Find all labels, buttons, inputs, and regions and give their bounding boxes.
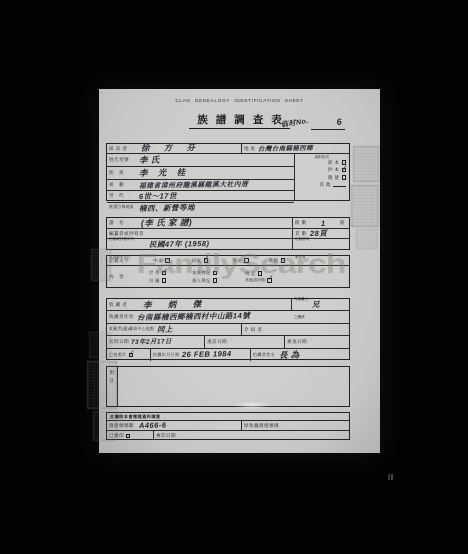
content-option-label: 傳 記 xyxy=(245,271,256,276)
contact-label: 收藏者(處)聯絡中心地點 xyxy=(109,327,154,332)
distribution-value: 楠西、新營等地 xyxy=(139,202,195,214)
content-option: 個人傳記 xyxy=(192,278,217,283)
recheck-date-label: 複查日期 xyxy=(287,339,307,344)
content-option: 家族傳記 xyxy=(192,270,217,275)
table-row: 祖 籍 福建省漳州府龍溪縣龍溪大社內厝 xyxy=(107,180,294,191)
script-option-label: 日文 xyxy=(192,258,202,263)
seal-stamp xyxy=(89,332,111,358)
checkmark: ✓ xyxy=(204,253,210,262)
script-option-label: 其他 xyxy=(269,258,279,263)
original-film-cell: 原收藏微捲號碼 xyxy=(241,421,349,430)
watermark-logo xyxy=(91,249,111,281)
content-option: 吊 圖 xyxy=(149,278,166,283)
script-option: 英文 xyxy=(232,258,249,263)
volumes-unit: 冊 xyxy=(340,220,345,225)
form-title: 族譜調查表 xyxy=(189,112,290,129)
generations-value: 6世～17世 xyxy=(139,190,177,202)
film-number-cell: 微捲號碼數 A466-6 xyxy=(107,421,241,430)
visit-date-cell: 訪問日期 73年2月17日 xyxy=(107,336,204,347)
table-row: 姓氏堂號 李 氏 xyxy=(107,154,294,167)
table-row: 已拍照片 ✓ 拍攝年月日期 26 FEB 1984 拍攝者姓名 長 為 xyxy=(107,349,349,361)
checkmark: ✓ xyxy=(162,266,168,275)
format-header: 資料形式 xyxy=(298,155,346,159)
notes-box: 附 註 xyxy=(106,366,350,407)
office-use-box: 此欄限本會微捲資料填寫 微捲號碼數 A466-6 原收藏微捲號碼 已複印 複印日… xyxy=(106,412,350,440)
script-row: 記載文字 中文 日文 ✓ 英文 其他 xyxy=(107,256,349,266)
content-option-label: 世 系 xyxy=(149,270,160,275)
photo-taken-cell: 已拍照片 ✓ xyxy=(107,349,150,361)
relation-cell: 與編纂人 之關係 兄 xyxy=(291,299,349,310)
checkbox xyxy=(213,271,218,276)
content-option-label: 個人傳記 xyxy=(192,278,210,283)
seal-stamp xyxy=(87,361,117,409)
table-row: 收藏者住址 台南縣楠西鄉楠西村中山路14號 xyxy=(107,311,349,323)
contact-value: 同上 xyxy=(157,324,173,335)
visit-date-value: 73年2月17日 xyxy=(131,337,172,347)
year-cell: 出版或抄寫年代 及再版年月日 民國47年 (1958) xyxy=(107,239,292,250)
seal-stamp xyxy=(351,185,379,227)
photo-date-cell: 拍攝年月日期 26 FEB 1984 xyxy=(150,349,250,361)
content-group: 傳 記 其他(請註明) ✓ xyxy=(245,271,272,283)
notes-body xyxy=(117,363,349,406)
checkbox xyxy=(342,175,347,180)
content-option-label: 吊 圖 xyxy=(149,278,160,283)
first-ancestor-label: 始 祖 xyxy=(107,170,139,175)
interviewer-value: 徐 方 芬 xyxy=(141,141,201,154)
contact-cell: 收藏者(處)聯絡中心地點 同上 xyxy=(107,324,241,335)
format-option: 抄 本 ✓ xyxy=(298,167,346,172)
interviewer-cell: 採 訪 者 徐 方 芬 xyxy=(107,144,241,153)
content-option-label: 其他(請註明) xyxy=(245,278,265,282)
script-option: 其他 xyxy=(269,258,286,263)
seal-stamp xyxy=(356,229,378,249)
holder-address-value: 台南縣楠西鄉楠西村中山路14號 xyxy=(137,310,251,323)
interviewer-label: 採 訪 者 xyxy=(109,146,141,151)
introducer-cell: 介 紹 者 xyxy=(241,324,349,335)
year-value: 民國47年 (1958) xyxy=(149,238,210,250)
content-group: 家族傳記 個人傳記 xyxy=(192,270,217,283)
visit-date-label: 訪問日期 xyxy=(109,339,129,344)
checkbox xyxy=(281,258,286,263)
table-row: 始 祖 李 光 桂 xyxy=(107,167,294,180)
content-label: 內 容 xyxy=(107,274,145,279)
holder-cell: 收 藏 者 李 炳 傑 xyxy=(107,299,291,310)
format-option: 其 他 xyxy=(298,182,346,187)
contents-table: 記載文字 中文 日文 ✓ 英文 其他 內 容 世 系 xyxy=(106,255,350,288)
seal-stamp xyxy=(93,411,117,441)
table-row: 世 代 6世～17世 xyxy=(107,191,294,203)
checkmark: ✓ xyxy=(267,273,273,282)
photographer-label: 拍攝者姓名 xyxy=(253,352,275,357)
checkbox: ✓ xyxy=(204,258,209,263)
english-header: CLAN GENEALOGY IDENTIFICATION SHEET xyxy=(99,98,380,103)
ancestral-home-label: 祖 籍 xyxy=(107,182,139,187)
checkbox: ✓ xyxy=(342,168,347,173)
checkbox xyxy=(126,434,131,439)
relation-label-line1: 與編纂人 xyxy=(294,297,308,301)
ancestral-home-value: 福建省漳州府龍溪縣龍溪大社內厝 xyxy=(139,178,249,190)
format-column: 資料形式 原 本 抄 本 ✓ 微 捲 其 他 xyxy=(294,154,349,202)
checkbox xyxy=(165,258,170,263)
checkbox xyxy=(258,271,263,276)
holder-value: 李 炳 傑 xyxy=(143,298,208,311)
holder-address-label: 收藏者住址 xyxy=(107,314,134,319)
other-blank-line xyxy=(333,183,346,187)
table-row: 出版或抄寫年代 及再版年月日 民國47年 (1958) 出版者或 承印者 xyxy=(107,239,349,250)
publisher-label-line1: 出版者或 xyxy=(295,237,309,241)
content-option: 世 系 ✓ xyxy=(149,270,166,275)
publisher-cell: 出版者或 承印者 xyxy=(292,239,349,250)
table-row: 收藏者(處)聯絡中心地點 同上 介 紹 者 xyxy=(107,324,349,336)
content-option: 其他(請註明) ✓ xyxy=(245,278,272,283)
generations-label: 世 代 xyxy=(107,193,139,198)
checkbox xyxy=(162,278,167,283)
bibliographic-table: 譜 名 (李 氏 家 譜) 冊 數 1 冊 編纂者或抄寫者 頁 數 28頁 出版 xyxy=(106,217,350,250)
photo-date-label: 拍攝年月日期 xyxy=(153,352,179,357)
year-label-line1: 出版或抄寫年代 xyxy=(109,237,134,241)
format-option: 原 本 xyxy=(298,160,346,165)
scan-artifact xyxy=(388,474,395,480)
temp-number-line: 6 xyxy=(311,120,345,130)
temp-number: 临时No. 6 xyxy=(282,120,345,130)
surname-label: 姓氏堂號 xyxy=(107,157,139,162)
script-option-label: 英文 xyxy=(232,258,242,263)
address-value: 台灣台南縣楠西鄉 xyxy=(258,143,313,153)
format-option-label: 微 捲 xyxy=(328,175,340,180)
photographer-value: 長 為 xyxy=(279,348,300,360)
table-row: 採 訪 者 徐 方 芬 地 址 台灣台南縣楠西鄉 xyxy=(107,144,349,154)
photographer-cell: 拍攝者姓名 長 為 xyxy=(250,349,349,361)
checkbox: ✓ xyxy=(162,271,167,276)
film-number-value: A466-6 xyxy=(139,421,167,430)
content-group: 世 系 ✓ 吊 圖 xyxy=(149,270,166,283)
table-row: 訪問日期 73年2月17日 重訪日期 複查日期 xyxy=(107,336,349,348)
identity-lower: 姓氏堂號 李 氏 始 祖 李 光 桂 祖 籍 福建省漳州府龍溪縣龍溪大社內厝 世… xyxy=(107,154,349,202)
temp-number-value: 6 xyxy=(336,117,342,127)
format-option-label: 原 本 xyxy=(328,160,340,165)
relation-value: 兄 xyxy=(312,299,320,310)
script-option: 中文 xyxy=(153,258,170,263)
first-ancestor-value: 李 光 桂 xyxy=(139,166,189,179)
revisit-date-cell: 重訪日期 xyxy=(204,336,284,347)
revisit-date-label: 重訪日期 xyxy=(207,339,227,344)
photo-date-value: 26 FEB 1984 xyxy=(182,349,232,359)
holder-label: 收 藏 者 xyxy=(109,302,143,307)
scanned-form-sheet: CLAN GENEALOGY IDENTIFICATION SHEET 族譜調查… xyxy=(99,89,380,453)
distribution-label: 族譜分佈地區 xyxy=(107,205,139,210)
address-label: 地 址 xyxy=(244,146,256,151)
format-option-label: 抄 本 xyxy=(328,167,340,172)
checkmark: ✓ xyxy=(129,348,135,357)
genealogy-title-value: (李 氏 家 譜) xyxy=(141,216,192,229)
table-row: 已複印 複印日期 xyxy=(107,431,349,440)
table-row: 編纂者或抄寫者 頁 數 28頁 xyxy=(107,229,349,239)
format-option: 微 捲 xyxy=(298,175,346,180)
script-option-label: 中文 xyxy=(153,258,163,263)
script-option: 日文 ✓ xyxy=(192,258,209,263)
checkbox xyxy=(244,258,249,263)
identity-table: 採 訪 者 徐 方 芬 地 址 台灣台南縣楠西鄉 姓氏堂號 李 氏 始 祖 李 … xyxy=(106,143,350,201)
copy-date-cell: 複印日期 xyxy=(153,431,349,440)
volumes-value: 1 xyxy=(321,218,326,227)
address-cell: 地 址 台灣台南縣楠西鄉 xyxy=(241,144,349,153)
checkmark: ✓ xyxy=(342,163,348,172)
holder-table: 收 藏 者 李 炳 傑 與編纂人 之關係 兄 收藏者住址 台南縣楠西鄉楠西村中山… xyxy=(106,298,350,360)
checkbox: ✓ xyxy=(267,278,272,283)
volumes-label: 冊 數 xyxy=(295,220,307,225)
table-row: 微捲號碼數 A466-6 原收藏微捲號碼 xyxy=(107,421,349,431)
recheck-date-cell: 複查日期 xyxy=(284,336,349,347)
format-option-label: 其 他 xyxy=(319,182,331,187)
checkbox xyxy=(213,278,218,283)
photo-taken-label: 已拍照片 xyxy=(109,352,127,357)
scan-flare xyxy=(234,401,270,410)
content-row: 內 容 世 系 ✓ 吊 圖 家族傳記 個人傳記 xyxy=(107,266,349,287)
content-option-label: 家族傳記 xyxy=(192,270,210,275)
surname-value: 李 氏 xyxy=(139,153,160,165)
script-label: 記載文字 xyxy=(107,258,145,263)
identity-left-rows: 姓氏堂號 李 氏 始 祖 李 光 桂 祖 籍 福建省漳州府龍溪縣龍溪大社內厝 世… xyxy=(107,154,294,202)
original-film-label: 原收藏微捲號碼 xyxy=(244,423,279,428)
copy-date-label: 複印日期 xyxy=(156,433,176,438)
introducer-label: 介 紹 者 xyxy=(244,327,262,332)
pages-value: 28頁 xyxy=(309,228,327,239)
table-row: 族譜分佈地區 楠西、新營等地 xyxy=(107,203,294,214)
checkbox: ✓ xyxy=(129,353,134,358)
genealogy-title-label: 譜 名 xyxy=(109,220,141,225)
seal-stamp xyxy=(353,146,379,182)
